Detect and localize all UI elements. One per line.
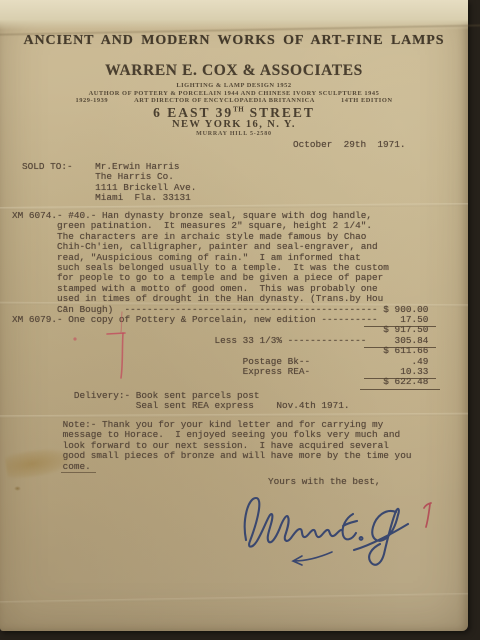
paper-stain-dot (14, 486, 21, 491)
signature-warren-e-cox (236, 486, 436, 571)
delivery-block: Delivery:- Book sent parcels post Seal s… (12, 391, 350, 412)
letter-paper: ANCIENT AND MODERN WORKS OF ART-FINE LAM… (0, 0, 468, 631)
red-pencil-dot (70, 334, 80, 344)
scanned-letter-page: ANCIENT AND MODERN WORKS OF ART-FINE LAM… (0, 0, 480, 640)
letter-date: October 29th 1971. (293, 140, 406, 150)
street-ordinal: TH (233, 106, 244, 114)
signature-ink (236, 486, 436, 571)
letterhead-subtitle-author: AUTHOR OF POTTERY & PORCELAIN 1944 AND C… (0, 90, 468, 97)
letterhead-director-title: ART DIRECTOR OF ENCYCLOPAEDIA BRITANNICA (134, 97, 315, 104)
letterhead-tagline: ANCIENT AND MODERN WORKS OF ART-FINE LAM… (0, 33, 468, 49)
letterhead-company-name: WARREN E. COX & ASSOCIATES (0, 62, 468, 80)
come-underline (61, 472, 96, 473)
sold-to-block: SOLD TO:- Mr.Erwin Harris The Harris Co.… (22, 162, 196, 204)
letterhead-city: NEW YORK 16, N. Y. (0, 119, 468, 130)
note-block: Note:- Thank you for your kind letter an… (12, 420, 411, 472)
grand-total-rule (360, 389, 440, 390)
item-description-block: XM 6074.- #40.- Han dynasty bronze seal,… (12, 211, 428, 315)
letterhead-subtitle-design: LIGHTING & LAMP DESIGN 1952 (0, 82, 468, 89)
paper-crease (0, 413, 468, 418)
street-word: STREET (244, 105, 315, 120)
total-rule (364, 326, 436, 327)
letterhead-subtitle-director: 1929-1939 ART DIRECTOR OF ENCYCLOPAEDIA … (0, 97, 468, 104)
red-pencil-check-mark (104, 310, 130, 382)
billing-block: XM 6079.- One copy of Pottery & Porcelai… (12, 315, 468, 388)
street-number: 6 EAST 39 (153, 105, 233, 120)
paper-crease (0, 593, 468, 604)
total-rule (364, 378, 436, 379)
letterhead-years: 1929-1939 (75, 97, 108, 104)
red-pencil-stroke (420, 500, 436, 530)
letterhead-edition: 14TH EDITION (341, 97, 393, 104)
total-rule (364, 347, 436, 348)
letterhead-phone: MURRAY HILL 5-2580 (0, 131, 468, 137)
paper-crease (0, 203, 468, 210)
